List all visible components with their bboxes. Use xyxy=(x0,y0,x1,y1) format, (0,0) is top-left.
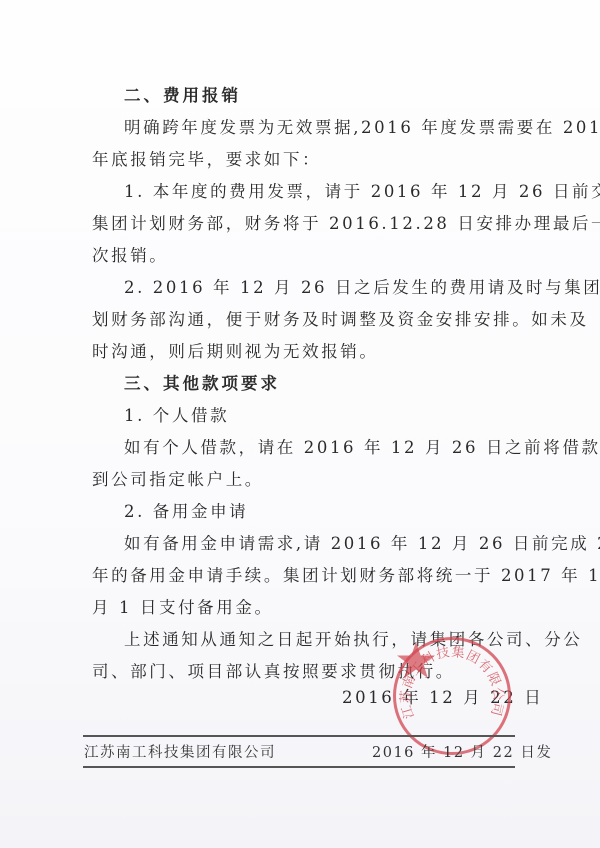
section3-sub2-line3: 月 1 日支付备用金。 xyxy=(92,598,274,618)
section2-item2-line3: 时沟通，则后期则视为无效报销。 xyxy=(92,342,379,362)
section3-sub1-line2: 到公司指定帐户上。 xyxy=(92,470,264,490)
section2-item1-line1: 1. 本年度的费用发票，请于 2016 年 12 月 26 日前交至 xyxy=(124,182,600,202)
section2-item2-line1: 2. 2016 年 12 月 26 日之后发生的费用请及时与集团计 xyxy=(124,278,600,298)
section2-item2-line2: 划财务部沟通，便于财务及时调整及资金安排安排。如未及 xyxy=(92,310,589,330)
section2-heading: 二、费用报销 xyxy=(124,86,241,106)
section3-heading: 三、其他款项要求 xyxy=(124,374,280,394)
company-seal: 江苏南工科技集团有限公司 xyxy=(393,637,511,755)
section2-intro-line2: 年底报销完毕，要求如下： xyxy=(92,150,321,170)
section3-sub2-title: 2. 备用金申请 xyxy=(124,502,248,522)
section3-sub1-line1: 如有个人借款，请在 2016 年 12 月 26 日之前将借款还 xyxy=(124,438,600,458)
document-page: 二、费用报销 明确跨年度发票为无效票据,2016 年度发票需要在 2016 年底… xyxy=(0,0,600,848)
footer-issue-date: 2016 年 12 月 22 日发 xyxy=(372,741,552,762)
closing-line1: 上述通知从通知之日起开始执行，请集团各公司、分公 xyxy=(124,630,582,650)
section3-sub2-line2: 年的备用金申请手续。集团计划财务部将统一于 2017 年 1 xyxy=(92,566,600,586)
section2-intro-line1: 明确跨年度发票为无效票据,2016 年度发票需要在 2016 xyxy=(124,118,600,138)
footer-top-rule xyxy=(83,735,515,737)
footer-issuer: 江苏南工科技集团有限公司 xyxy=(84,741,276,762)
section2-item1-line2: 集团计划财务部，财务将于 2016.12.28 日安排办理最后一 xyxy=(92,214,600,234)
footer-bottom-rule xyxy=(83,766,515,768)
star-icon xyxy=(396,640,436,680)
section2-item1-line3: 次报销。 xyxy=(92,246,168,266)
section3-sub1-title: 1. 个人借款 xyxy=(124,406,229,426)
section3-sub2-line1: 如有备用金申请需求,请 2016 年 12 月 26 日前完成 2017 xyxy=(124,534,600,554)
